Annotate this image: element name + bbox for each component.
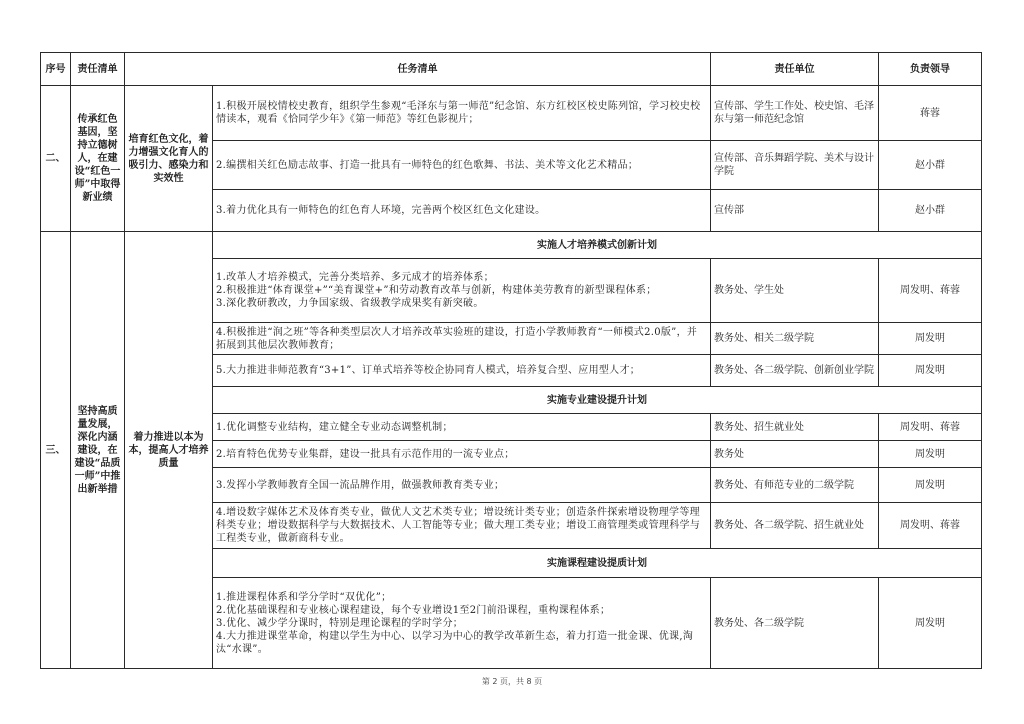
task-line: 3.深化教研教改，力争国家级、省级教学成果奖有新突破。	[216, 297, 707, 310]
unit-cell: 教务处、招生就业处	[711, 414, 879, 441]
leader-cell: 周发明	[879, 578, 982, 669]
task-cell: 5.大力推进非师范教育“3+1”、订单式培养等校企协同育人模式，培养复合型、应用…	[213, 355, 711, 387]
task-cell: 2.编撰相关红色励志故事、打造一批具有一师特色的红色歌舞、书法、美术等文化艺术精…	[213, 141, 711, 190]
leader-cell: 周发明、蒋蓉	[879, 259, 982, 323]
unit-cell: 教务处、有师范专业的二级学院	[711, 468, 879, 503]
task-cell: 4.增设数字媒体艺术及体育类专业，做优人文艺术类专业；增设统计类专业；创造条件探…	[213, 503, 711, 549]
header-tasks: 任务清单	[125, 53, 711, 86]
unit-cell: 教务处、各二级学院、招生就业处	[711, 503, 879, 549]
leader-cell: 周发明	[879, 468, 982, 503]
plan-title: 实施课程建设提质计划	[213, 549, 982, 578]
task-line: 3.优化、减少学分课时，特别是理论课程的学时学分；	[216, 617, 707, 630]
section-subgoal: 着力推进以本为本，提高人才培养质量	[125, 232, 213, 669]
header-responsibility: 责任清单	[71, 53, 125, 86]
table-row: 二、 传承红色基因，坚持立德树人，在建设“红色一师”中取得新业绩 培育红色文化，…	[41, 86, 982, 141]
leader-cell: 赵小群	[879, 190, 982, 232]
task-cell: 1.积极开展校情校史教育，组织学生参观“毛泽东与第一师范”纪念馆、东方红校区校史…	[213, 86, 711, 141]
unit-cell: 教务处、各二级学院	[711, 578, 879, 669]
header-no: 序号	[41, 53, 71, 86]
header-row: 序号 责任清单 任务清单 责任单位 负责领导	[41, 53, 982, 86]
task-table: 序号 责任清单 任务清单 责任单位 负责领导 二、 传承红色基因，坚持立德树人，…	[40, 52, 982, 669]
leader-cell: 周发明、蒋蓉	[879, 414, 982, 441]
leader-cell: 周发明	[879, 441, 982, 468]
page-footer: 第 2 页，共 8 页	[0, 676, 1024, 687]
unit-cell: 教务处、相关二级学院	[711, 323, 879, 355]
task-cell: 2.培育特色优势专业集群，建设一批具有示范作用的一流专业点；	[213, 441, 711, 468]
leader-cell: 赵小群	[879, 141, 982, 190]
unit-cell: 教务处	[711, 441, 879, 468]
task-line: 1.改革人才培养模式，完善分类培养、多元成才的培养体系；	[216, 271, 707, 284]
unit-cell: 教务处、各二级学院、创新创业学院	[711, 355, 879, 387]
task-cell: 1.推进课程体系和学分学时“双优化”； 2.优化基础课程和专业核心课程建设，每个…	[213, 578, 711, 669]
unit-cell: 宣传部、学生工作处、校史馆、毛泽东与第一师范纪念馆	[711, 86, 879, 141]
section-responsibility: 坚持高质量发展，深化内涵建设，在建设“品质一师”中推出新举措	[71, 232, 125, 669]
leader-cell: 周发明	[879, 355, 982, 387]
task-line: 2.优化基础课程和专业核心课程建设，每个专业增设1至2门前沿课程，重构课程体系；	[216, 604, 707, 617]
plan-title: 实施人才培养模式创新计划	[213, 232, 982, 259]
header-leader: 负责领导	[879, 53, 982, 86]
unit-cell: 教务处、学生处	[711, 259, 879, 323]
section-responsibility: 传承红色基因，坚持立德树人，在建设“红色一师”中取得新业绩	[71, 86, 125, 232]
task-line: 4.大力推进课堂革命，构建以学生为中心、以学习为中心的教学改革新生态，着力打造一…	[216, 630, 707, 656]
task-cell: 3.发挥小学教师教育全国一流品牌作用，做强教师教育类专业；	[213, 468, 711, 503]
leader-cell: 蒋蓉	[879, 86, 982, 141]
plan-title: 实施专业建设提升计划	[213, 387, 982, 414]
task-cell: 3.着力优化具有一师特色的红色育人环境，完善两个校区红色文化建设。	[213, 190, 711, 232]
task-line: 1.推进课程体系和学分学时“双优化”；	[216, 591, 707, 604]
header-unit: 责任单位	[711, 53, 879, 86]
unit-cell: 宣传部	[711, 190, 879, 232]
section-subgoal: 培育红色文化，着力增强文化育人的吸引力、感染力和实效性	[125, 86, 213, 232]
section-number: 二、	[41, 86, 71, 232]
section-number: 三、	[41, 232, 71, 669]
task-cell: 1.优化调整专业结构，建立健全专业动态调整机制；	[213, 414, 711, 441]
task-line: 2.积极推进“体育课堂+”“美育课堂+”和劳动教育改革与创新，构建体美劳教育的新…	[216, 284, 707, 297]
leader-cell: 周发明、蒋蓉	[879, 503, 982, 549]
plan-header-row: 三、 坚持高质量发展，深化内涵建设，在建设“品质一师”中推出新举措 着力推进以本…	[41, 232, 982, 259]
task-cell: 1.改革人才培养模式，完善分类培养、多元成才的培养体系； 2.积极推进“体育课堂…	[213, 259, 711, 323]
leader-cell: 周发明	[879, 323, 982, 355]
unit-cell: 宣传部、音乐舞蹈学院、美术与设计学院	[711, 141, 879, 190]
task-cell: 4.积极推进“润之班”等各种类型层次人才培养改革实验班的建设，打造小学教师教育“…	[213, 323, 711, 355]
